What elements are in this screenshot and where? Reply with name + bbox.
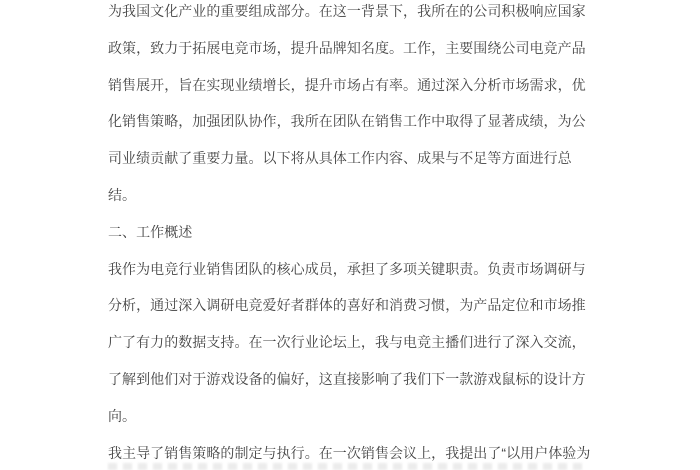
- document-line: 为我国文化产业的重要组成部分。在这一背景下，我所在的公司积极响应国家: [108, 0, 588, 30]
- document-line: 我作为电竞行业销售团队的核心成员，承担了多项关键职责。负责市场调研与: [108, 251, 588, 288]
- document-line: 了解到他们对于游戏设备的偏好，这直接影响了我们下一款游戏鼠标的设计方: [108, 361, 588, 398]
- document-line: 广了有力的数据支持。在一次行业论坛上，我与电竞主播们进行了深入交流，: [108, 324, 588, 361]
- document-line: 司业绩贡献了重要力量。以下将从具体工作内容、成果与不足等方面进行总: [108, 140, 588, 177]
- document-line: 结。: [108, 177, 588, 214]
- document-page: 为我国文化产业的重要组成部分。在这一背景下，我所在的公司积极响应国家政策，致力于…: [0, 0, 700, 470]
- text-column: 为我国文化产业的重要组成部分。在这一背景下，我所在的公司积极响应国家政策，致力于…: [108, 0, 588, 470]
- document-line: 向。: [108, 398, 588, 435]
- document-line: 销售展开，旨在实现业绩增长，提升市场占有率。通过深入分析市场需求，优: [108, 67, 588, 104]
- document-line: 政策，致力于拓展电竞市场，提升品牌知名度。工作，主要围绕公司电竞产品: [108, 30, 588, 67]
- document-line: 二、工作概述: [108, 214, 588, 251]
- document-line: 分析，通过深入调研电竞爱好者群体的喜好和消费习惯，为产品定位和市场推: [108, 287, 588, 324]
- cutoff-next-line-artifact: [108, 463, 586, 470]
- document-line: 化销售策略，加强团队协作，我所在团队在销售工作中取得了显著成绩，为公: [108, 103, 588, 140]
